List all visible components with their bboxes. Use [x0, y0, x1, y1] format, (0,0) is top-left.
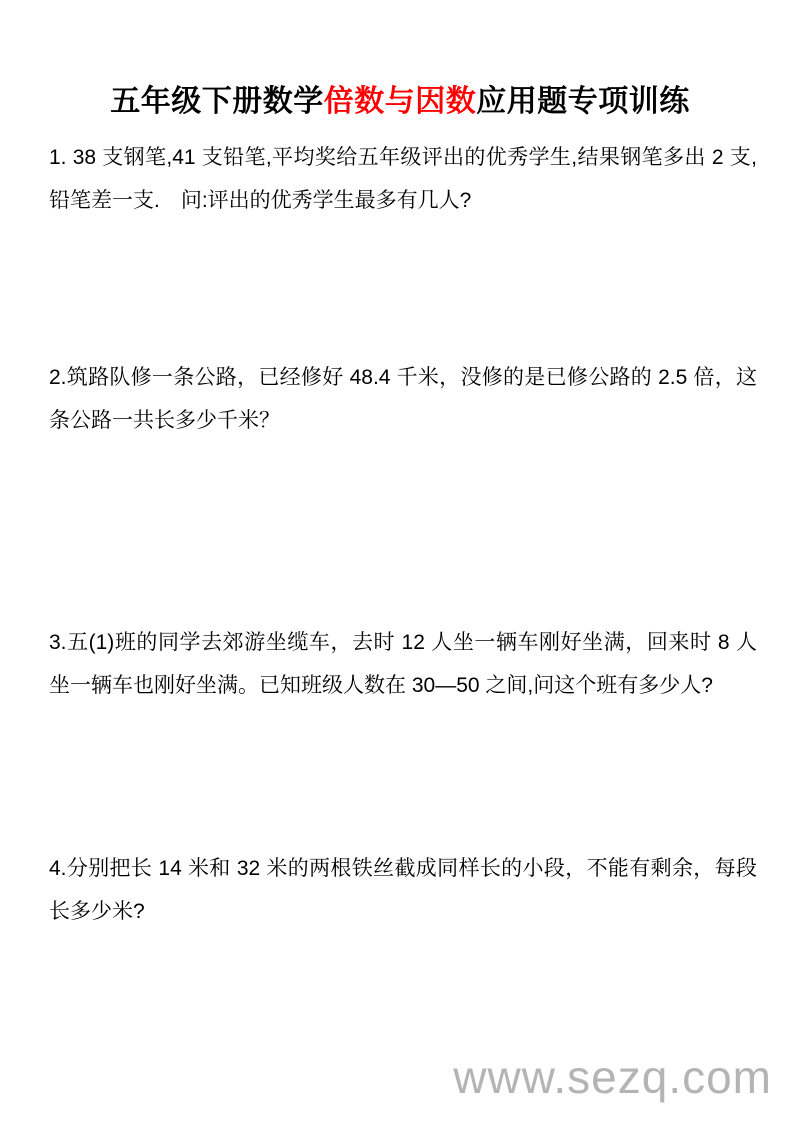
problem-2-text: 2.筑路队修一条公路，已经修好 48.4 千米，没修的是已修公路的 2.5 倍，… [49, 356, 757, 442]
title-highlight: 倍数与因数 [324, 85, 477, 118]
problem-1-text: 1. 38 支钢笔,41 支铅笔,平均奖给五年级评出的优秀学生,结果钢笔多出 2… [49, 136, 757, 222]
worksheet-page: 五年级下册数学倍数与因数应用题专项训练 1. 38 支钢笔,41 支铅笔,平均奖… [0, 0, 800, 1131]
problem-4-text: 4.分别把长 14 米和 32 米的两根铁丝截成同样长的小段，不能有剩余，每段长… [49, 847, 757, 933]
title-part-1: 五年级下册数学 [110, 85, 324, 118]
watermark-text: www.sezq.com [453, 1050, 772, 1104]
problem-3-text: 3.五(1)班的同学去郊游坐缆车，去时 12 人坐一辆车刚好坐满，回来时 8 人… [49, 621, 757, 707]
title-part-2: 应用题专项训练 [476, 85, 690, 118]
page-title: 五年级下册数学倍数与因数应用题专项训练 [0, 76, 800, 120]
